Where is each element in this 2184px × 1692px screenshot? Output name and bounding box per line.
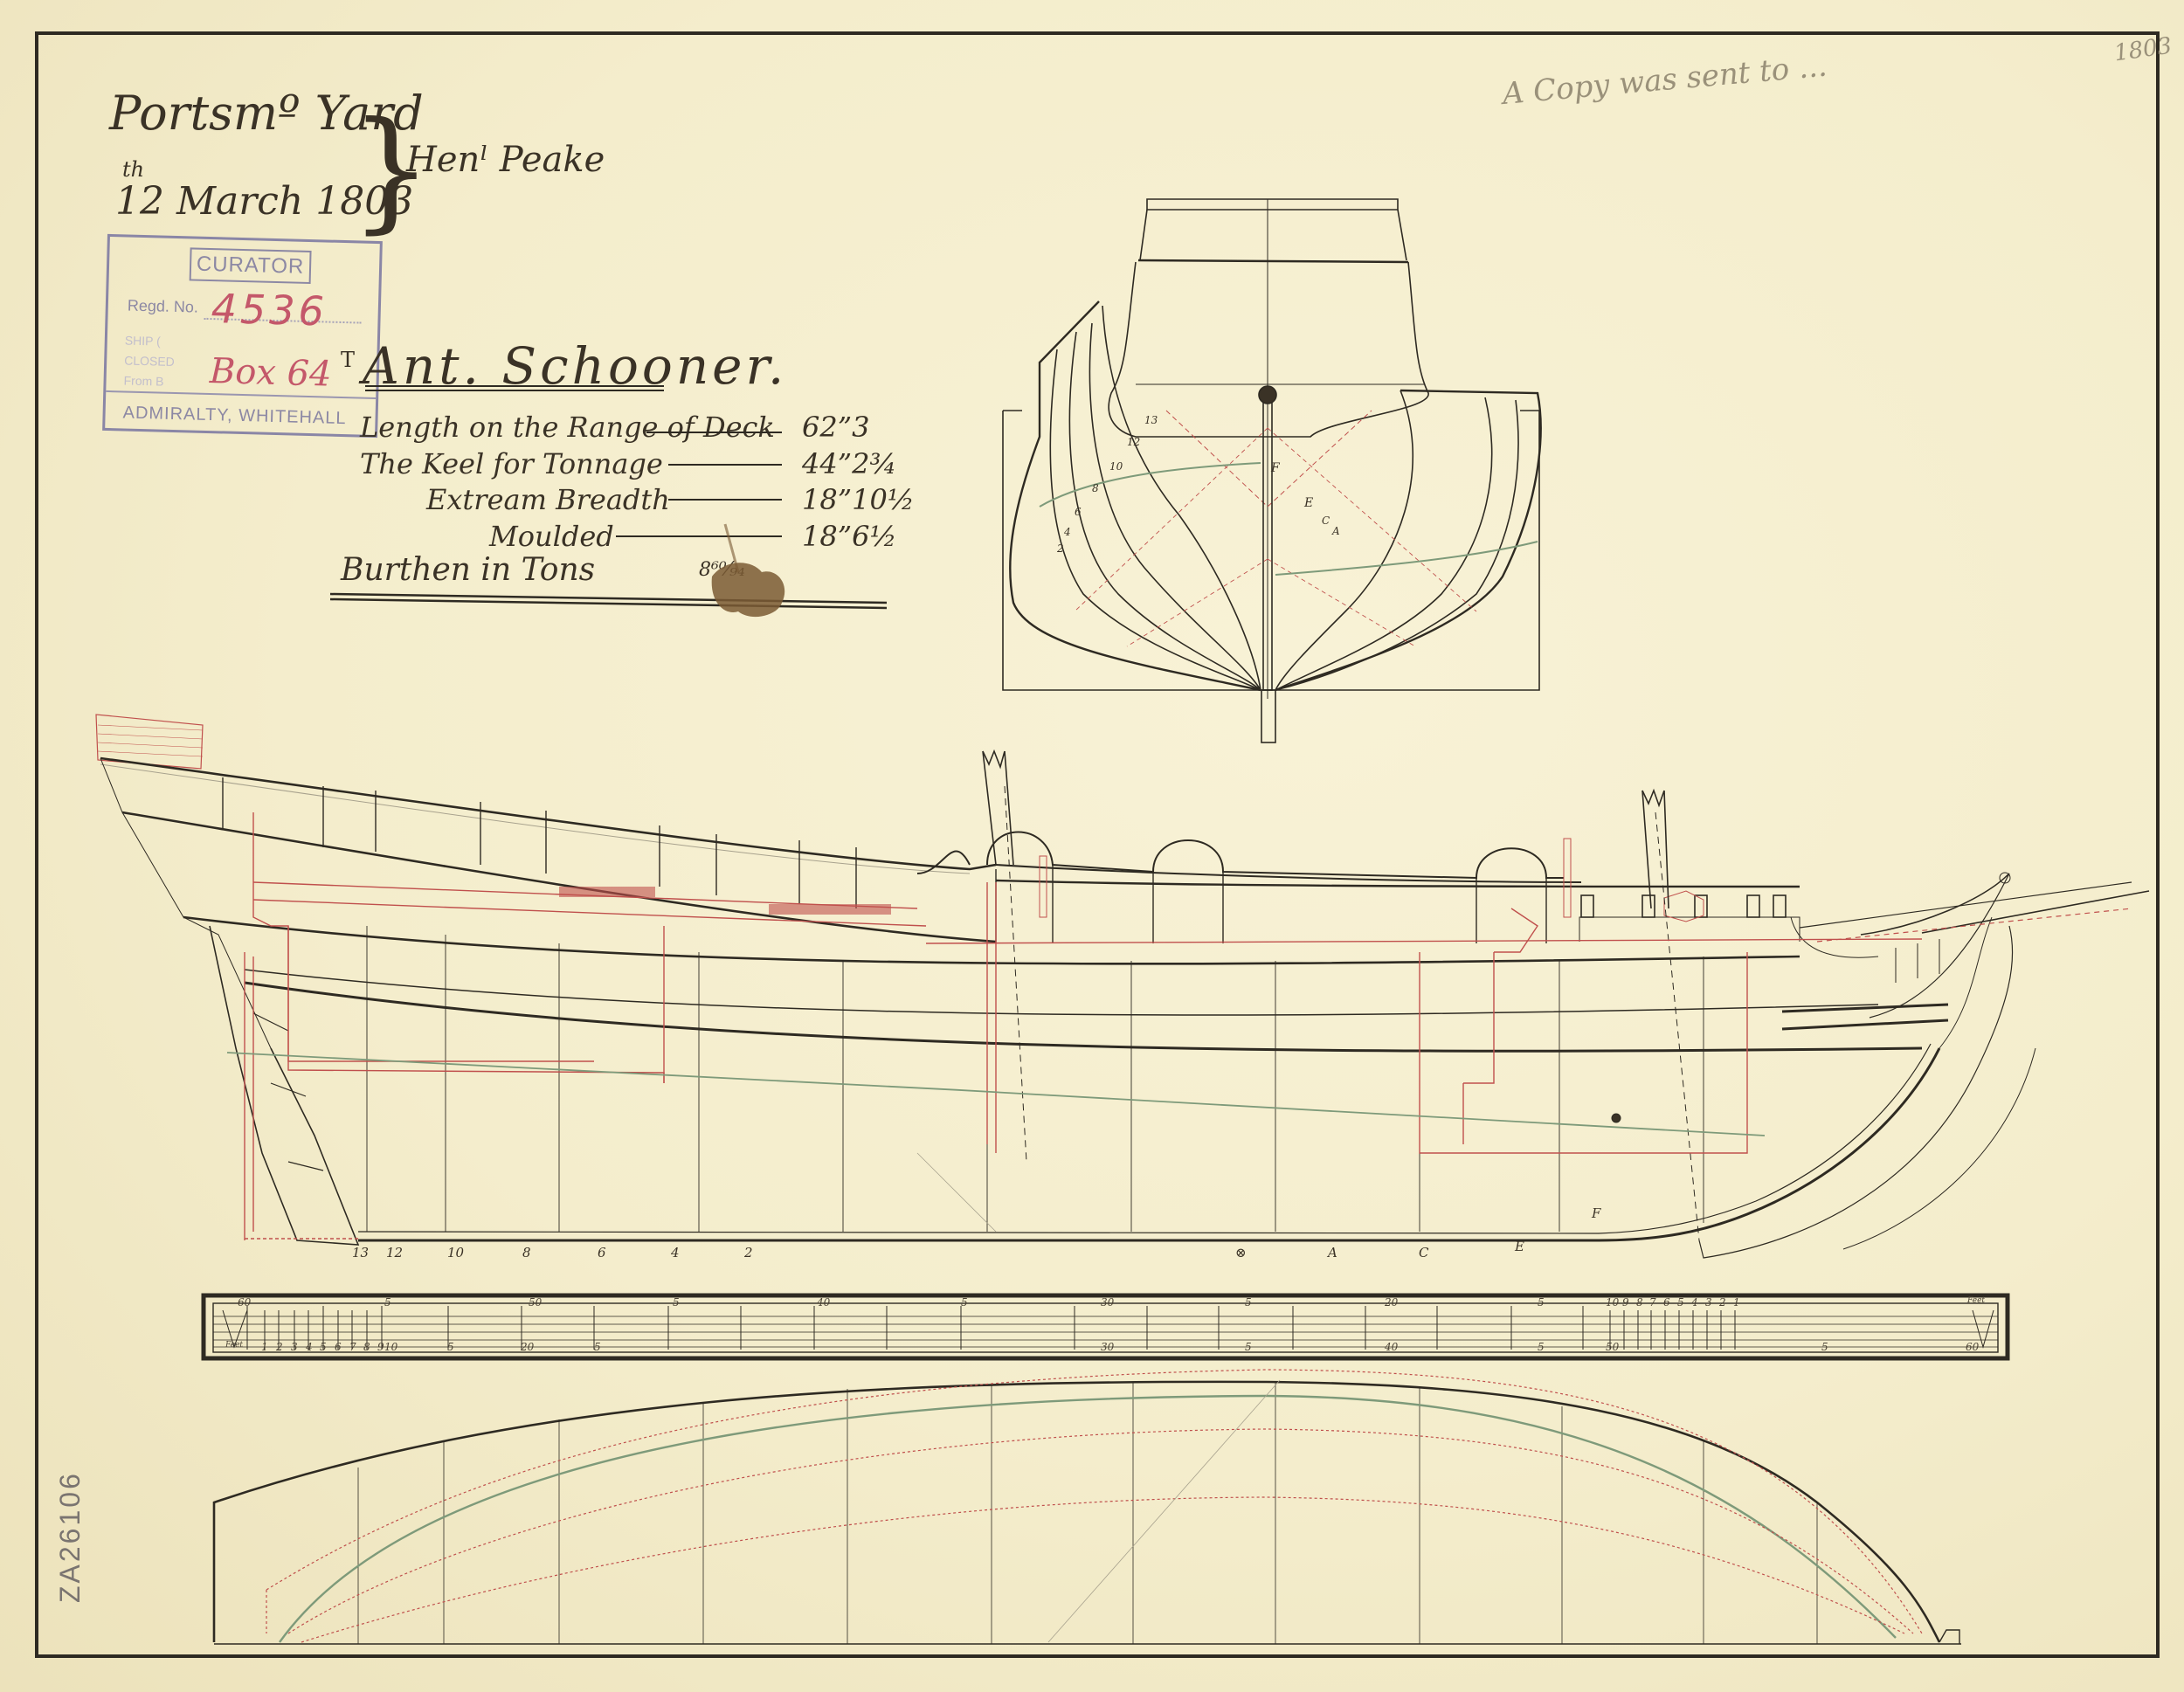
scale-bottom-label: 5 — [1821, 1341, 1828, 1353]
scale-top-label: 5 — [961, 1296, 968, 1309]
body-station-label: A — [1331, 525, 1340, 537]
keel-station-label: F — [1592, 1205, 1600, 1221]
scale-bottom-label: 2 — [276, 1341, 283, 1353]
scale-top-label: 5 — [673, 1296, 680, 1309]
scale-bottom-label: 5 — [1538, 1341, 1545, 1353]
scale-top-label: 5 — [1538, 1296, 1545, 1309]
scale-top-label: Feet — [1967, 1296, 1985, 1305]
drawing-sheet: Portsmº Yard th 12 March 1803 } Henˡ Pea… — [0, 0, 2184, 1692]
keel-station-label: 4 — [671, 1245, 680, 1260]
body-station-label: 10 — [1109, 460, 1123, 473]
keel-station-label: 10 — [447, 1245, 464, 1260]
keel-station-label: 8 — [522, 1245, 531, 1260]
body-station-label: 13 — [1144, 414, 1158, 426]
scale-bottom-label: 8 — [363, 1341, 370, 1353]
title-rules — [330, 386, 887, 608]
scale-bottom-label: 1 — [261, 1341, 268, 1353]
ship-plan-drawing: 13 12 10 8 6 4 2 F E C A — [0, 0, 2184, 1692]
scale-top-label: 5 — [1677, 1296, 1684, 1309]
scale-top-label: 5 — [384, 1296, 391, 1309]
scale-top-label: 9 — [1622, 1296, 1629, 1309]
scale-top-label: 6 — [1663, 1296, 1670, 1309]
scale-bottom-label: Feet — [225, 1341, 243, 1350]
half-breadth-plan — [214, 1370, 1961, 1644]
scale-top-label: 5 — [1245, 1296, 1252, 1309]
scale-bottom-label: 3 — [291, 1341, 298, 1353]
scale-bottom-label: 5 — [594, 1341, 601, 1353]
body-station-label: 8 — [1092, 482, 1099, 494]
keel-station-label: ⊗ — [1235, 1245, 1247, 1260]
keel-station-label: 12 — [386, 1245, 403, 1260]
scale-top-label: 30 — [1101, 1296, 1114, 1309]
scale-bottom-label: 7 — [349, 1341, 356, 1353]
body-station-label: F — [1270, 461, 1281, 475]
sheer-plan — [96, 715, 2149, 1258]
keel-station-label: C — [1419, 1245, 1428, 1260]
body-station-label: 12 — [1127, 436, 1140, 448]
scale-bottom-label: 40 — [1385, 1341, 1398, 1353]
scale-bottom-label: 9 — [377, 1341, 384, 1353]
scale-top-label: 4 — [1691, 1296, 1698, 1309]
body-station-label: E — [1303, 496, 1313, 510]
scale-top-label: 40 — [817, 1296, 830, 1309]
scale-bottom-label: 5 — [1245, 1341, 1252, 1353]
scale-top-label: 7 — [1649, 1296, 1656, 1309]
scale-bottom-label: 10 — [384, 1341, 397, 1353]
scale-bottom-label: 4 — [306, 1341, 313, 1353]
body-station-label: 6 — [1075, 506, 1082, 518]
scale-bottom-label: 30 — [1101, 1341, 1114, 1353]
scale-bottom-label: 5 — [320, 1341, 327, 1353]
scale-bottom-label: 20 — [521, 1341, 534, 1353]
scale-top-label: 2 — [1719, 1296, 1726, 1309]
body-station-label: C — [1322, 515, 1330, 527]
ink-stain — [712, 524, 785, 617]
keel-station-label: 13 — [352, 1245, 369, 1260]
body-station-label: 2 — [1056, 542, 1064, 555]
scale-top-label: 20 — [1385, 1296, 1398, 1309]
scale-top-label: 8 — [1636, 1296, 1643, 1309]
keel-station-label: 2 — [744, 1245, 753, 1260]
scale-top-label: 60 — [238, 1296, 251, 1309]
keel-station-label: A — [1328, 1245, 1337, 1260]
scale-bottom-label: 50 — [1606, 1341, 1619, 1353]
scale-bottom-label: 6 — [335, 1341, 342, 1353]
scale-bottom-label: 60 — [1966, 1341, 1979, 1353]
scale-bottom-label: 5 — [447, 1341, 454, 1353]
keel-station-label: E — [1515, 1239, 1524, 1254]
scale-top-label: 3 — [1705, 1296, 1712, 1309]
scale-top-label: 50 — [529, 1296, 542, 1309]
scale-top-label: 1 — [1733, 1296, 1740, 1309]
scale-top-label: 10 — [1606, 1296, 1619, 1309]
body-station-label: 4 — [1063, 526, 1071, 538]
keel-station-label: 6 — [598, 1245, 606, 1260]
